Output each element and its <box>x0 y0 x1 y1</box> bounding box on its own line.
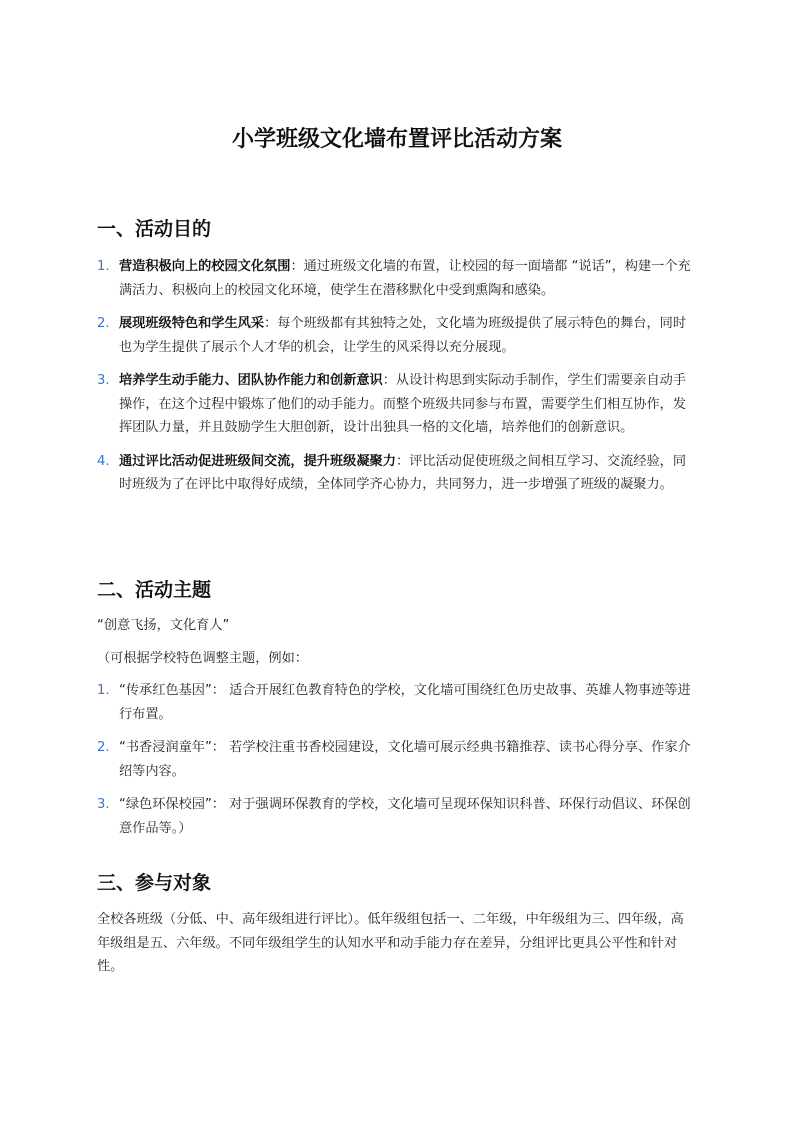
list-item: 4. 通过评比活动促进班级间交流，提升班级凝聚力：评比活动促使班级之间相互学习、… <box>97 450 697 497</box>
list-item: 3. “绿色环保校园”： 对于强调环保教育的学校，文化墙可呈现环保知识科普、环保… <box>97 793 697 840</box>
theme-quote: “创意飞扬，文化育人” <box>97 614 697 638</box>
item-text: “书香浸润童年”： 若学校注重书香校园建设，文化墙可展示经典书籍推荐、读书心得分… <box>119 740 691 779</box>
list-number: 2. <box>97 312 110 336</box>
list-item: 1. 营造积极向上的校园文化氛围：通过班级文化墙的布置，让校园的每一面墙都 “说… <box>97 255 697 302</box>
section-heading-purpose: 一、活动目的 <box>97 214 211 241</box>
list-number: 2. <box>97 736 110 760</box>
item-bold-lead: 培养学生动手能力、团队协作能力和创新意识 <box>119 373 383 388</box>
theme-intro: （可根据学校特色调整主题，例如： <box>97 647 697 671</box>
purpose-list: 1. 营造积极向上的校园文化氛围：通过班级文化墙的布置，让校园的每一面墙都 “说… <box>97 255 697 507</box>
section-heading-participants: 三、参与对象 <box>97 868 211 895</box>
item-text: “绿色环保校园”： 对于强调环保教育的学校，文化墙可呈现环保知识科普、环保行动倡… <box>119 797 691 836</box>
list-item: 1. “传承红色基因”： 适合开展红色教育特色的学校，文化墙可围绕红色历史故事、… <box>97 679 697 726</box>
list-number: 3. <box>97 369 110 393</box>
theme-examples-list: 1. “传承红色基因”： 适合开展红色教育特色的学校，文化墙可围绕红色历史故事、… <box>97 679 697 850</box>
list-number: 1. <box>97 255 110 279</box>
document-title: 小学班级文化墙布置评比活动方案 <box>97 122 697 153</box>
section-heading-theme: 二、活动主题 <box>97 575 211 602</box>
list-item: 2. “书香浸润童年”： 若学校注重书香校园建设，文化墙可展示经典书籍推荐、读书… <box>97 736 697 783</box>
list-item: 3. 培养学生动手能力、团队协作能力和创新意识：从设计构思到实际动手制作，学生们… <box>97 369 697 440</box>
item-text: “传承红色基因”： 适合开展红色教育特色的学校，文化墙可围绕红色历史故事、英雄人… <box>119 683 691 722</box>
item-bold-lead: 营造积极向上的校园文化氛围 <box>119 259 290 274</box>
participants-body: 全校各班级（分低、中、高年级组进行评比）。低年级组包括一、二年级，中年级组为三、… <box>97 908 697 979</box>
item-bold-lead: 展现班级特色和学生风采 <box>119 316 264 331</box>
list-item: 2. 展现班级特色和学生风采：每个班级都有其独特之处，文化墙为班级提供了展示特色… <box>97 312 697 359</box>
list-number: 1. <box>97 679 110 703</box>
list-number: 3. <box>97 793 110 817</box>
list-number: 4. <box>97 450 110 474</box>
item-bold-lead: 通过评比活动促进班级间交流，提升班级凝聚力 <box>119 454 396 469</box>
